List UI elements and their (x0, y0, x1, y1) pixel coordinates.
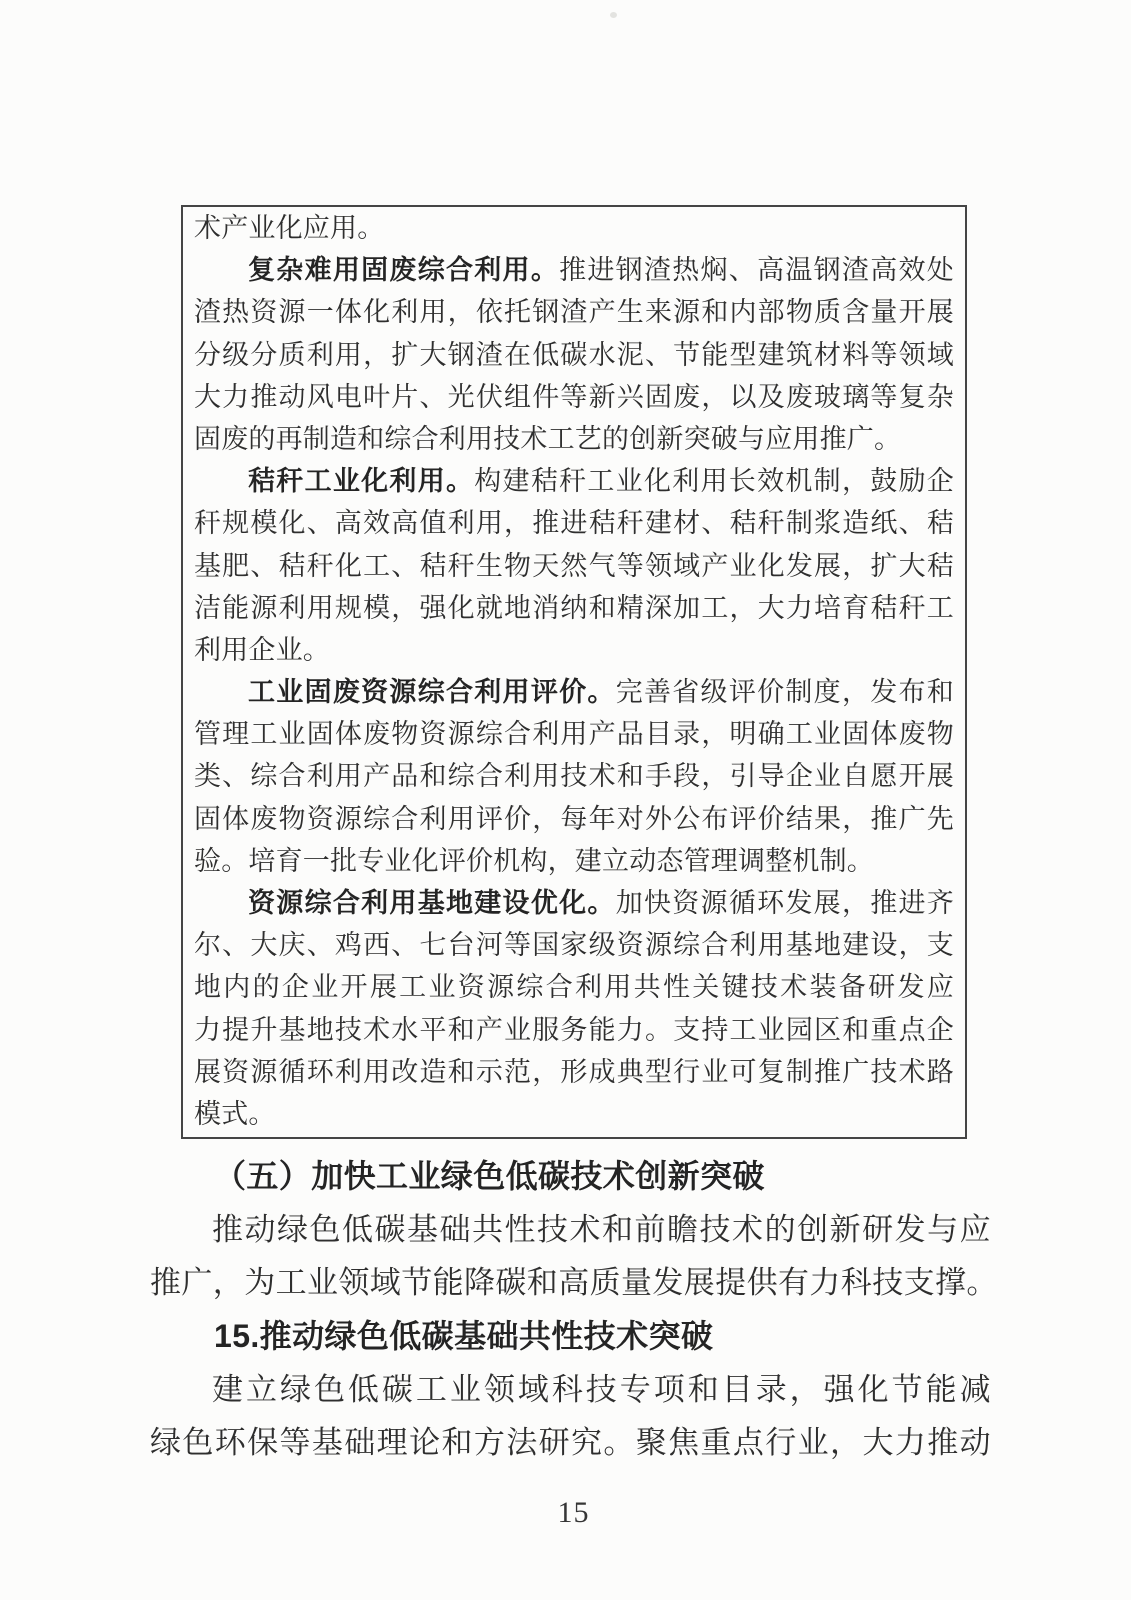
text-line: 基肥、秸秆化工、秸秆生物天然气等领域产业化发展，扩大秸秆清 (194, 545, 954, 587)
text-line: 建立绿色低碳工业领域科技专项和目录，强化节能减碳、 (150, 1363, 991, 1416)
bold-lead-in: 秸秆工业化利用。 (248, 466, 474, 496)
text-run: 术产业化应用。 (194, 213, 384, 243)
text-line: 利用企业。 (194, 629, 954, 671)
text-line: 大力推动风电叶片、光伏组件等新兴固废，以及废玻璃等复杂低值 (194, 376, 954, 418)
text-line: 秆规模化、高效高值利用，推进秸秆建材、秸秆制浆造纸、秸秆炭 (194, 502, 954, 544)
text-run: 地内的企业开展工业资源综合利用共性关键技术装备研发应用，着 (194, 972, 954, 1008)
text-run: 秆规模化、高效高值利用，推进秸秆建材、秸秆制浆造纸、秸秆炭 (194, 508, 954, 544)
text-run: 力提升基地技术水平和产业服务能力。支持工业园区和重点企业开 (194, 1015, 954, 1051)
boxed-text-section: 术产业化应用。复杂难用固废综合利用。推进钢渣热焖、高温钢渣高效处理及渣热资源一体… (181, 205, 967, 1139)
text-line: 绿色环保等基础理论和方法研究。聚焦重点行业，大力推动源 (150, 1416, 991, 1469)
text-line: 复杂难用固废综合利用。推进钢渣热焖、高温钢渣高效处理及 (194, 249, 954, 291)
bold-lead-in: 工业固废资源综合利用评价。 (248, 677, 616, 707)
text-run: 模式。 (194, 1099, 276, 1129)
text-line: 尔、大庆、鸡西、七台河等国家级资源综合利用基地建设，支持基 (194, 924, 954, 966)
text-run: 建立绿色低碳工业领域科技专项和目录，强化节能减碳、 (150, 1372, 991, 1416)
section-heading: （五）加快工业绿色低碳技术创新突破 (150, 1150, 991, 1203)
text-line: 工业固废资源综合利用评价。完善省级评价制度，发布和动态 (194, 671, 954, 713)
text-run: 管理工业固体废物资源综合利用产品目录，明确工业固体废物种 (194, 719, 954, 755)
text-run: 利用企业。 (194, 635, 330, 665)
text-line: 分级分质利用，扩大钢渣在低碳水泥、节能型建筑材料等领域应用， (194, 334, 954, 376)
text-run: 大力推动风电叶片、光伏组件等新兴固废，以及废玻璃等复杂低值 (194, 382, 954, 418)
text-line: 固废的再制造和综合利用技术工艺的创新突破与应用推广。 (194, 418, 954, 460)
scan-speck-artifact (610, 12, 617, 18)
text-line: 力提升基地技术水平和产业服务能力。支持工业园区和重点企业开 (194, 1009, 954, 1051)
text-line: 资源综合利用基地建设优化。加快资源循环发展，推进齐齐哈 (194, 882, 954, 924)
text-run: 推动绿色低碳基础共性技术和前瞻技术的创新研发与应用 (150, 1212, 991, 1256)
bold-lead-in: （五）加快工业绿色低碳技术创新突破 (214, 1158, 765, 1194)
text-line: 类、综合利用产品和综合利用技术和手段，引导企业自愿开展工业 (194, 755, 954, 797)
text-run: 固废的再制造和综合利用技术工艺的创新突破与应用推广。 (194, 424, 901, 454)
text-line: 洁能源利用规模，强化就地消纳和精深加工，大力培育秸秆工业化 (194, 587, 954, 629)
bold-lead-in: 复杂难用固废综合利用。 (248, 255, 559, 285)
text-run: 固体废物资源综合利用评价，每年对外公布评价结果，推广先进经 (194, 804, 954, 840)
text-run: 推广，为工业领域节能降碳和高质量发展提供有力科技支撑。 (150, 1265, 998, 1300)
text-line: 验。培育一批专业化评价机构，建立动态管理调整机制。 (194, 840, 954, 882)
text-line: 管理工业固体废物资源综合利用产品目录，明确工业固体废物种 (194, 713, 954, 755)
text-line: 地内的企业开展工业资源综合利用共性关键技术装备研发应用，着 (194, 966, 954, 1008)
text-run: 尔、大庆、鸡西、七台河等国家级资源综合利用基地建设，支持基 (194, 930, 954, 966)
page-number: 15 (8, 1496, 1131, 1530)
text-run: 绿色环保等基础理论和方法研究。聚焦重点行业，大力推动源 (150, 1425, 991, 1469)
scanned-document-page: 术产业化应用。复杂难用固废综合利用。推进钢渣热焖、高温钢渣高效处理及渣热资源一体… (0, 0, 1131, 1600)
text-run: 洁能源利用规模，强化就地消纳和精深加工，大力培育秸秆工业化 (194, 593, 954, 629)
bold-lead-in: 15.推动绿色低碳基础共性技术突破 (214, 1318, 713, 1354)
text-run: 验。培育一批专业化评价机构，建立动态管理调整机制。 (194, 846, 874, 876)
text-line: 推广，为工业领域节能降碳和高质量发展提供有力科技支撑。 (150, 1256, 991, 1309)
text-line: 秸秆工业化利用。构建秸秆工业化利用长效机制，鼓励企业秸 (194, 460, 954, 502)
text-line: 推动绿色低碳基础共性技术和前瞻技术的创新研发与应用 (150, 1203, 991, 1256)
text-line: 模式。 (194, 1093, 954, 1135)
text-line: 展资源循环利用改造和示范，形成典型行业可复制推广技术路线和 (194, 1051, 954, 1093)
text-run: 分级分质利用，扩大钢渣在低碳水泥、节能型建筑材料等领域应用， (194, 340, 954, 376)
bold-lead-in: 资源综合利用基地建设优化。 (248, 888, 616, 918)
section-heading: 15.推动绿色低碳基础共性技术突破 (150, 1310, 991, 1363)
body-text-section: （五）加快工业绿色低碳技术创新突破推动绿色低碳基础共性技术和前瞻技术的创新研发与… (150, 1150, 991, 1469)
text-line: 术产业化应用。 (194, 207, 954, 249)
text-run: 渣热资源一体化利用，依托钢渣产生来源和内部物质含量开展钢渣 (194, 297, 954, 333)
text-run: 类、综合利用产品和综合利用技术和手段，引导企业自愿开展工业 (194, 761, 954, 797)
text-line: 固体废物资源综合利用评价，每年对外公布评价结果，推广先进经 (194, 798, 954, 840)
text-run: 基肥、秸秆化工、秸秆生物天然气等领域产业化发展，扩大秸秆清 (194, 551, 954, 587)
text-line: 渣热资源一体化利用，依托钢渣产生来源和内部物质含量开展钢渣 (194, 291, 954, 333)
text-run: 展资源循环利用改造和示范，形成典型行业可复制推广技术路线和 (194, 1057, 954, 1093)
